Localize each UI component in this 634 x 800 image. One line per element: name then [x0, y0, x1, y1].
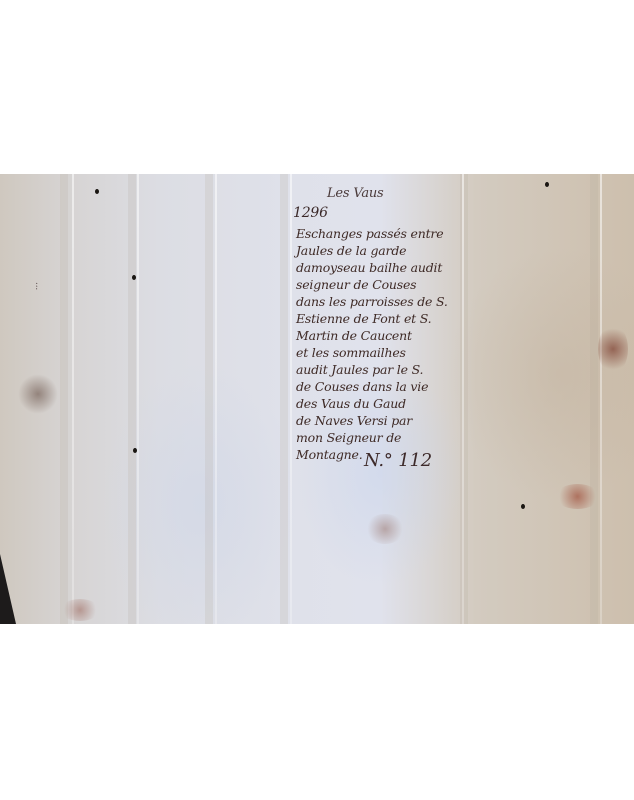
stain — [555, 484, 600, 509]
fold-crease — [60, 174, 68, 624]
document-heading: Les Vaus — [327, 186, 384, 201]
fold-line — [462, 174, 464, 624]
margin-note: ... — [30, 282, 40, 290]
stain — [18, 374, 58, 414]
text-line: Martin de Caucent — [296, 328, 412, 343]
ink-spot — [133, 448, 137, 453]
text-line: Eschanges passés entre — [296, 226, 443, 241]
fold-crease — [280, 174, 288, 624]
text-line: Estienne de Font et S. — [296, 311, 431, 326]
text-line: de Couses dans la vie — [296, 379, 428, 394]
text-line: Jaules de la garde — [296, 243, 406, 258]
text-line: Montagne. — [296, 447, 362, 462]
text-line: damoyseau bailhe audit — [296, 260, 442, 275]
fold-line — [137, 174, 139, 624]
ink-spot — [521, 504, 525, 509]
text-line: dans les parroisses de S. — [296, 294, 448, 309]
stain — [365, 514, 405, 544]
text-line: seigneur de Couses — [296, 277, 416, 292]
fold-line — [215, 174, 217, 624]
fold-line — [600, 174, 602, 624]
text-line: de Naves Versi par — [296, 413, 412, 428]
fold-line — [72, 174, 74, 624]
stain — [598, 324, 628, 374]
ink-spot — [545, 182, 549, 187]
fold-line — [290, 174, 292, 624]
fold-crease — [205, 174, 213, 624]
text-line: des Vaus du Gaud — [296, 396, 406, 411]
text-line: mon Seigneur de — [296, 430, 401, 445]
ink-spot — [95, 189, 99, 194]
document-year: 1296 — [293, 205, 328, 221]
stain — [60, 599, 100, 621]
reference-number: N.° 112 — [364, 450, 432, 471]
text-line: et les sommailhes — [296, 345, 406, 360]
fold-crease — [590, 174, 598, 624]
text-line: audit Jaules par le S. — [296, 362, 423, 377]
ink-spot — [132, 275, 136, 280]
photo-shadow-corner — [0, 554, 16, 624]
fold-crease — [128, 174, 136, 624]
